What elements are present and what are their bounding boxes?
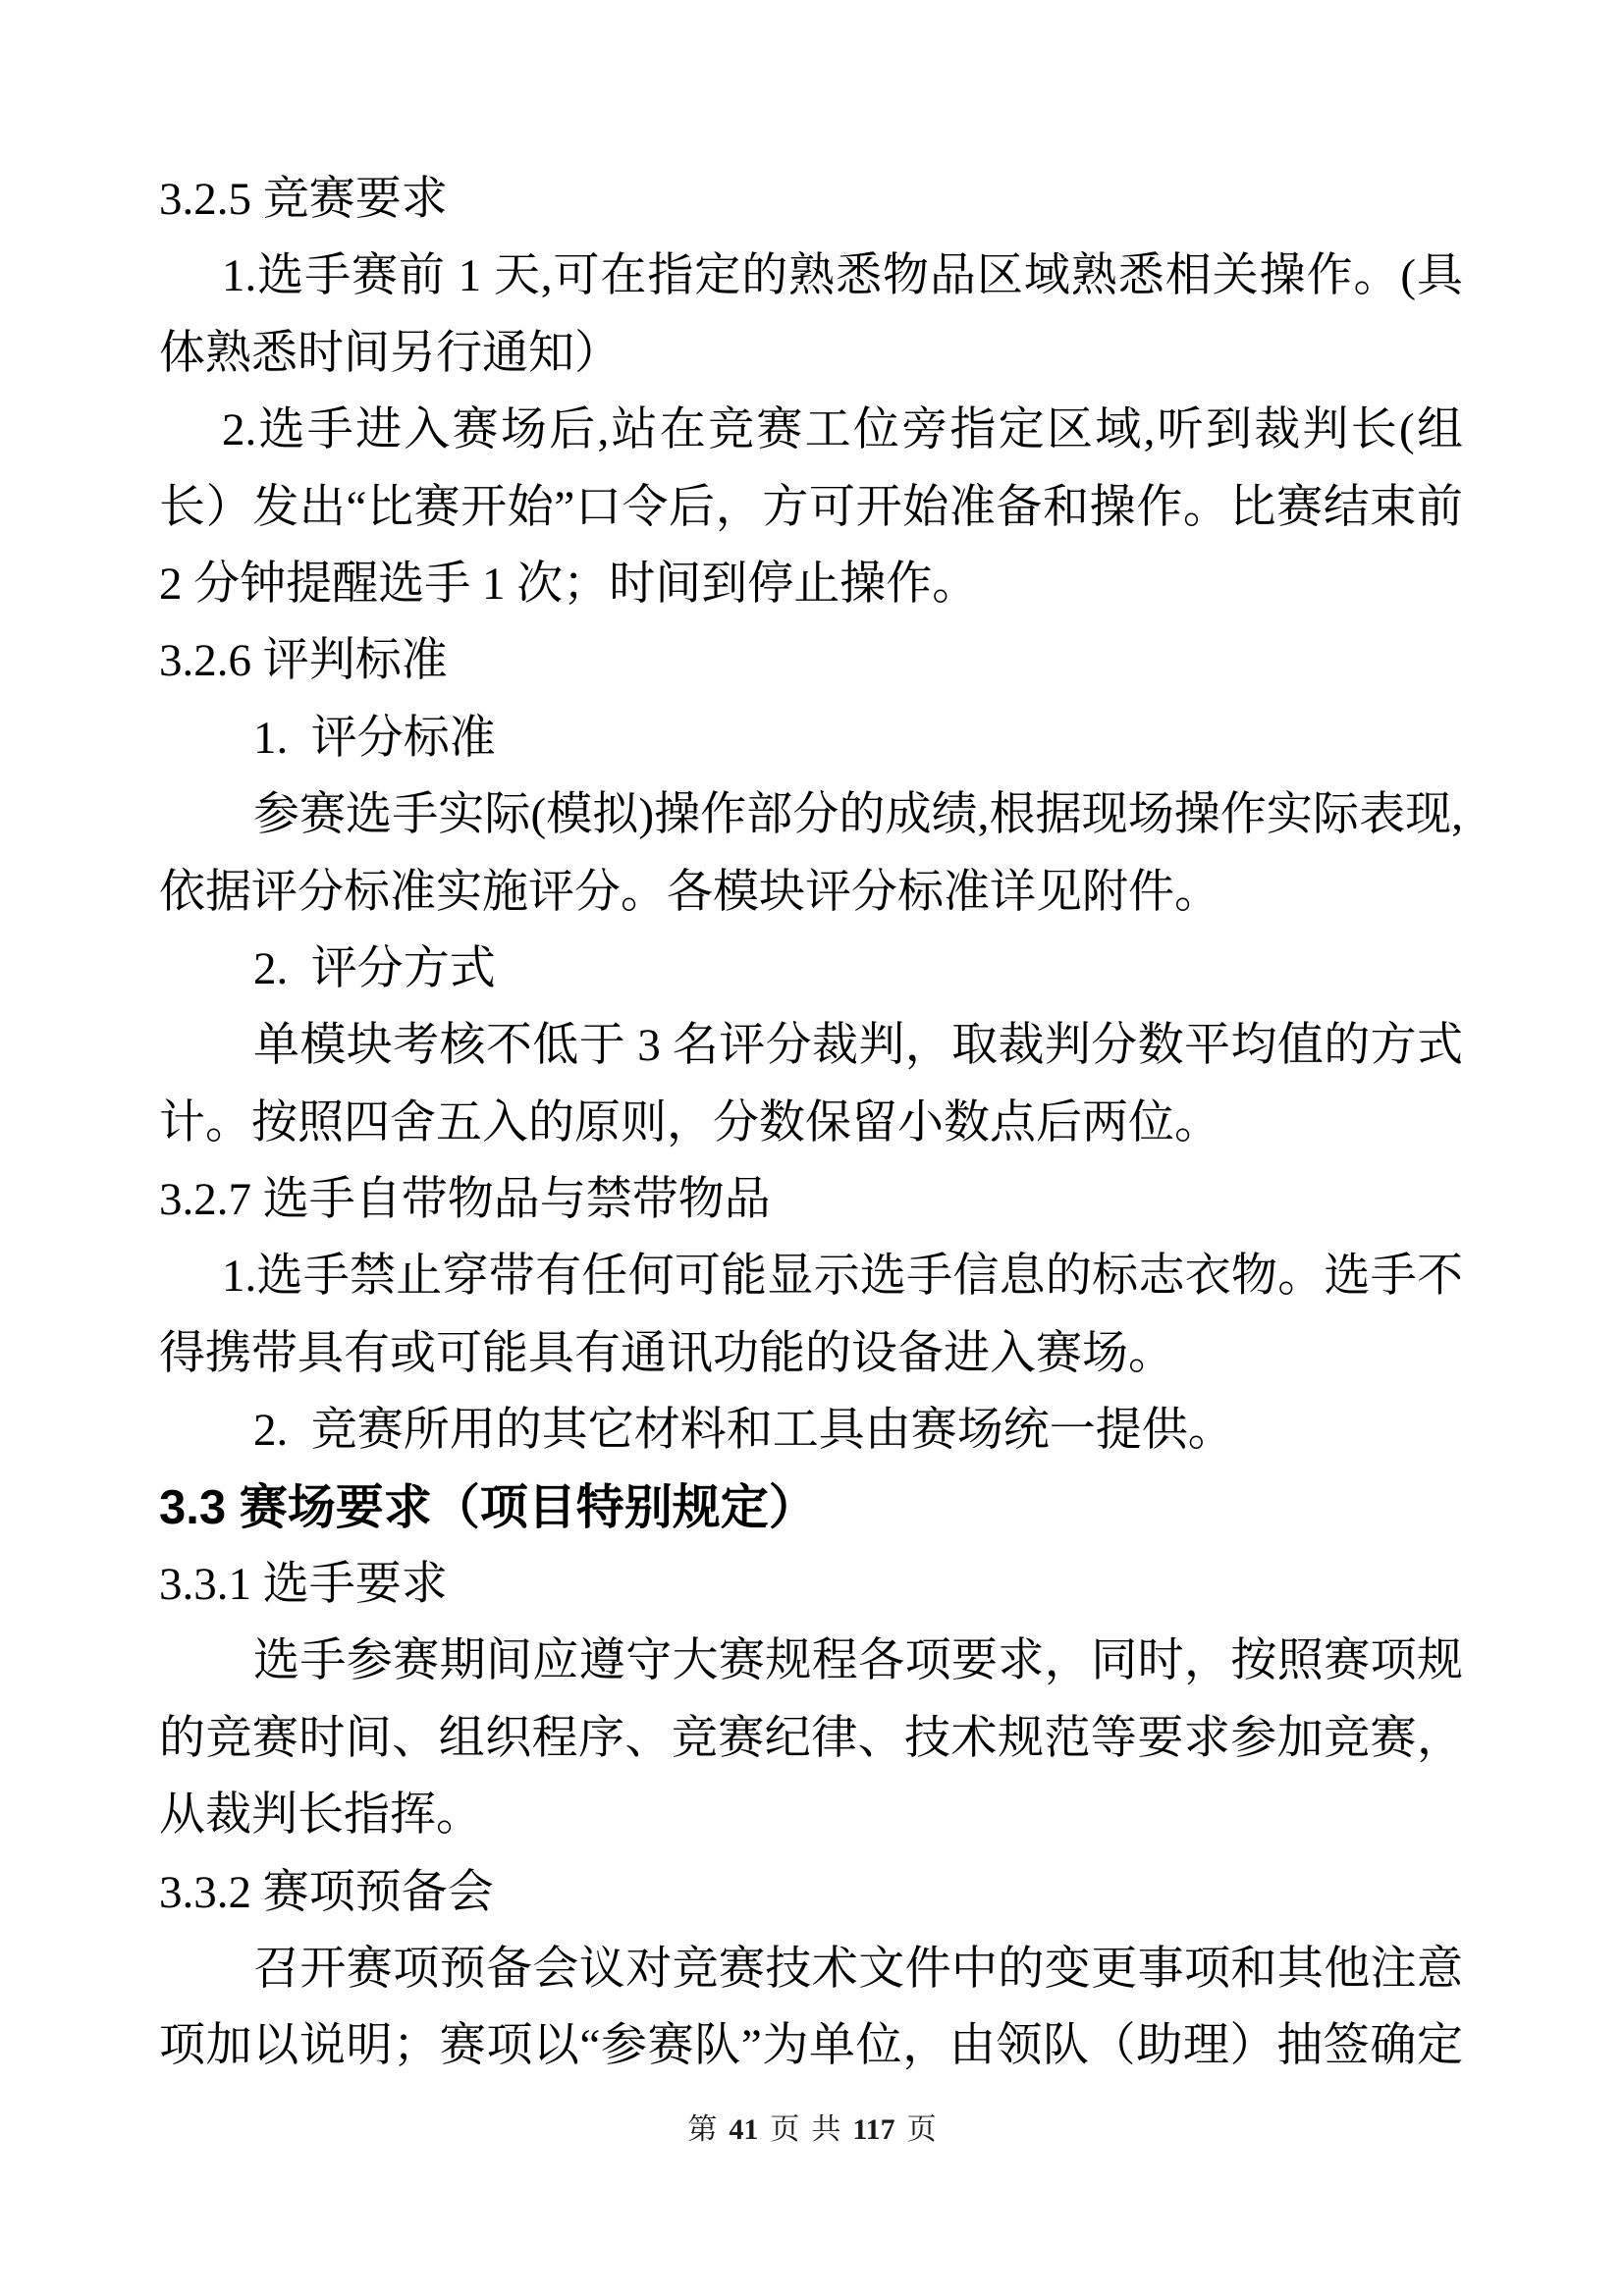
footer-label-ye2: 页: [901, 2113, 943, 2146]
section-heading-3-2-6: 3.2.6 评判标准: [159, 622, 1463, 699]
section-heading-3-3: 3.3 赛场要求（项目特别规定）: [159, 1469, 1463, 1546]
doc-line: 计。按照四舍五入的原则，分数保留小数点后两位。: [159, 1085, 1463, 1161]
doc-line: 2 分钟提醒选手 1 次；时间到停止操作。: [159, 546, 1463, 622]
doc-line: 参赛选手实际(模拟)操作部分的成绩,根据现场操作实际表现,: [159, 776, 1463, 853]
doc-line: 的竞赛时间、组织程序、竞赛纪律、技术规范等要求参加竞赛，服: [159, 1700, 1463, 1777]
doc-line-item-1: 1.选手赛前 1 天,可在指定的熟悉物品区域熟悉相关操作。(具: [159, 238, 1463, 314]
footer-total-pages: 117: [846, 2113, 900, 2146]
doc-line: 召开赛项预备会议对竞赛技术文件中的变更事项和其他注意事: [159, 1931, 1463, 2007]
doc-line: 项加以说明；赛项以“参赛队”为单位，由领队（助理）抽签确定: [159, 2007, 1463, 2084]
footer-label-ye1: 页: [764, 2113, 805, 2146]
doc-line-item-2: 2. 竞赛所用的其它材料和工具由赛场统一提供。: [159, 1392, 1463, 1468]
doc-line-item-2: 2.选手进入赛场后,站在竞赛工位旁指定区域,听到裁判长(组: [159, 392, 1463, 468]
page-footer: 第41页共117页: [0, 2110, 1624, 2150]
doc-line-item-1: 1.选手禁止穿带有任何可能显示选手信息的标志衣物。选手不: [159, 1238, 1463, 1314]
footer-label-gong: 共: [805, 2113, 846, 2146]
doc-line: 选手参赛期间应遵守大赛规程各项要求，同时，按照赛项规定: [159, 1623, 1463, 1699]
section-heading-3-3-2: 3.3.2 赛项预备会: [159, 1854, 1463, 1931]
doc-line: 体熟悉时间另行通知）: [159, 315, 1463, 392]
doc-line-item-1: 1. 评分标准: [159, 700, 1463, 776]
footer-label-di: 第: [681, 2113, 723, 2146]
document-page: 3.2.5 竞赛要求 1.选手赛前 1 天,可在指定的熟悉物品区域熟悉相关操作。…: [0, 0, 1624, 2296]
document-body: 3.2.5 竞赛要求 1.选手赛前 1 天,可在指定的熟悉物品区域熟悉相关操作。…: [159, 161, 1463, 2085]
section-heading-3-3-1: 3.3.1 选手要求: [159, 1546, 1463, 1623]
doc-line: 单模块考核不低于 3 名评分裁判，取裁判分数平均值的方式统: [159, 1007, 1463, 1084]
doc-line: 长）发出“比赛开始”口令后，方可开始准备和操作。比赛结束前: [159, 469, 1463, 546]
section-heading-3-2-7: 3.2.7 选手自带物品与禁带物品: [159, 1161, 1463, 1238]
doc-line: 依据评分标准实施评分。各模块评分标准详见附件。: [159, 854, 1463, 931]
footer-page-number: 41: [723, 2113, 764, 2146]
section-heading-3-2-5: 3.2.5 竞赛要求: [159, 161, 1463, 238]
doc-line: 得携带具有或可能具有通讯功能的设备进入赛场。: [159, 1315, 1463, 1392]
doc-line-item-2: 2. 评分方式: [159, 931, 1463, 1007]
doc-line: 从裁判长指挥。: [159, 1777, 1463, 1853]
